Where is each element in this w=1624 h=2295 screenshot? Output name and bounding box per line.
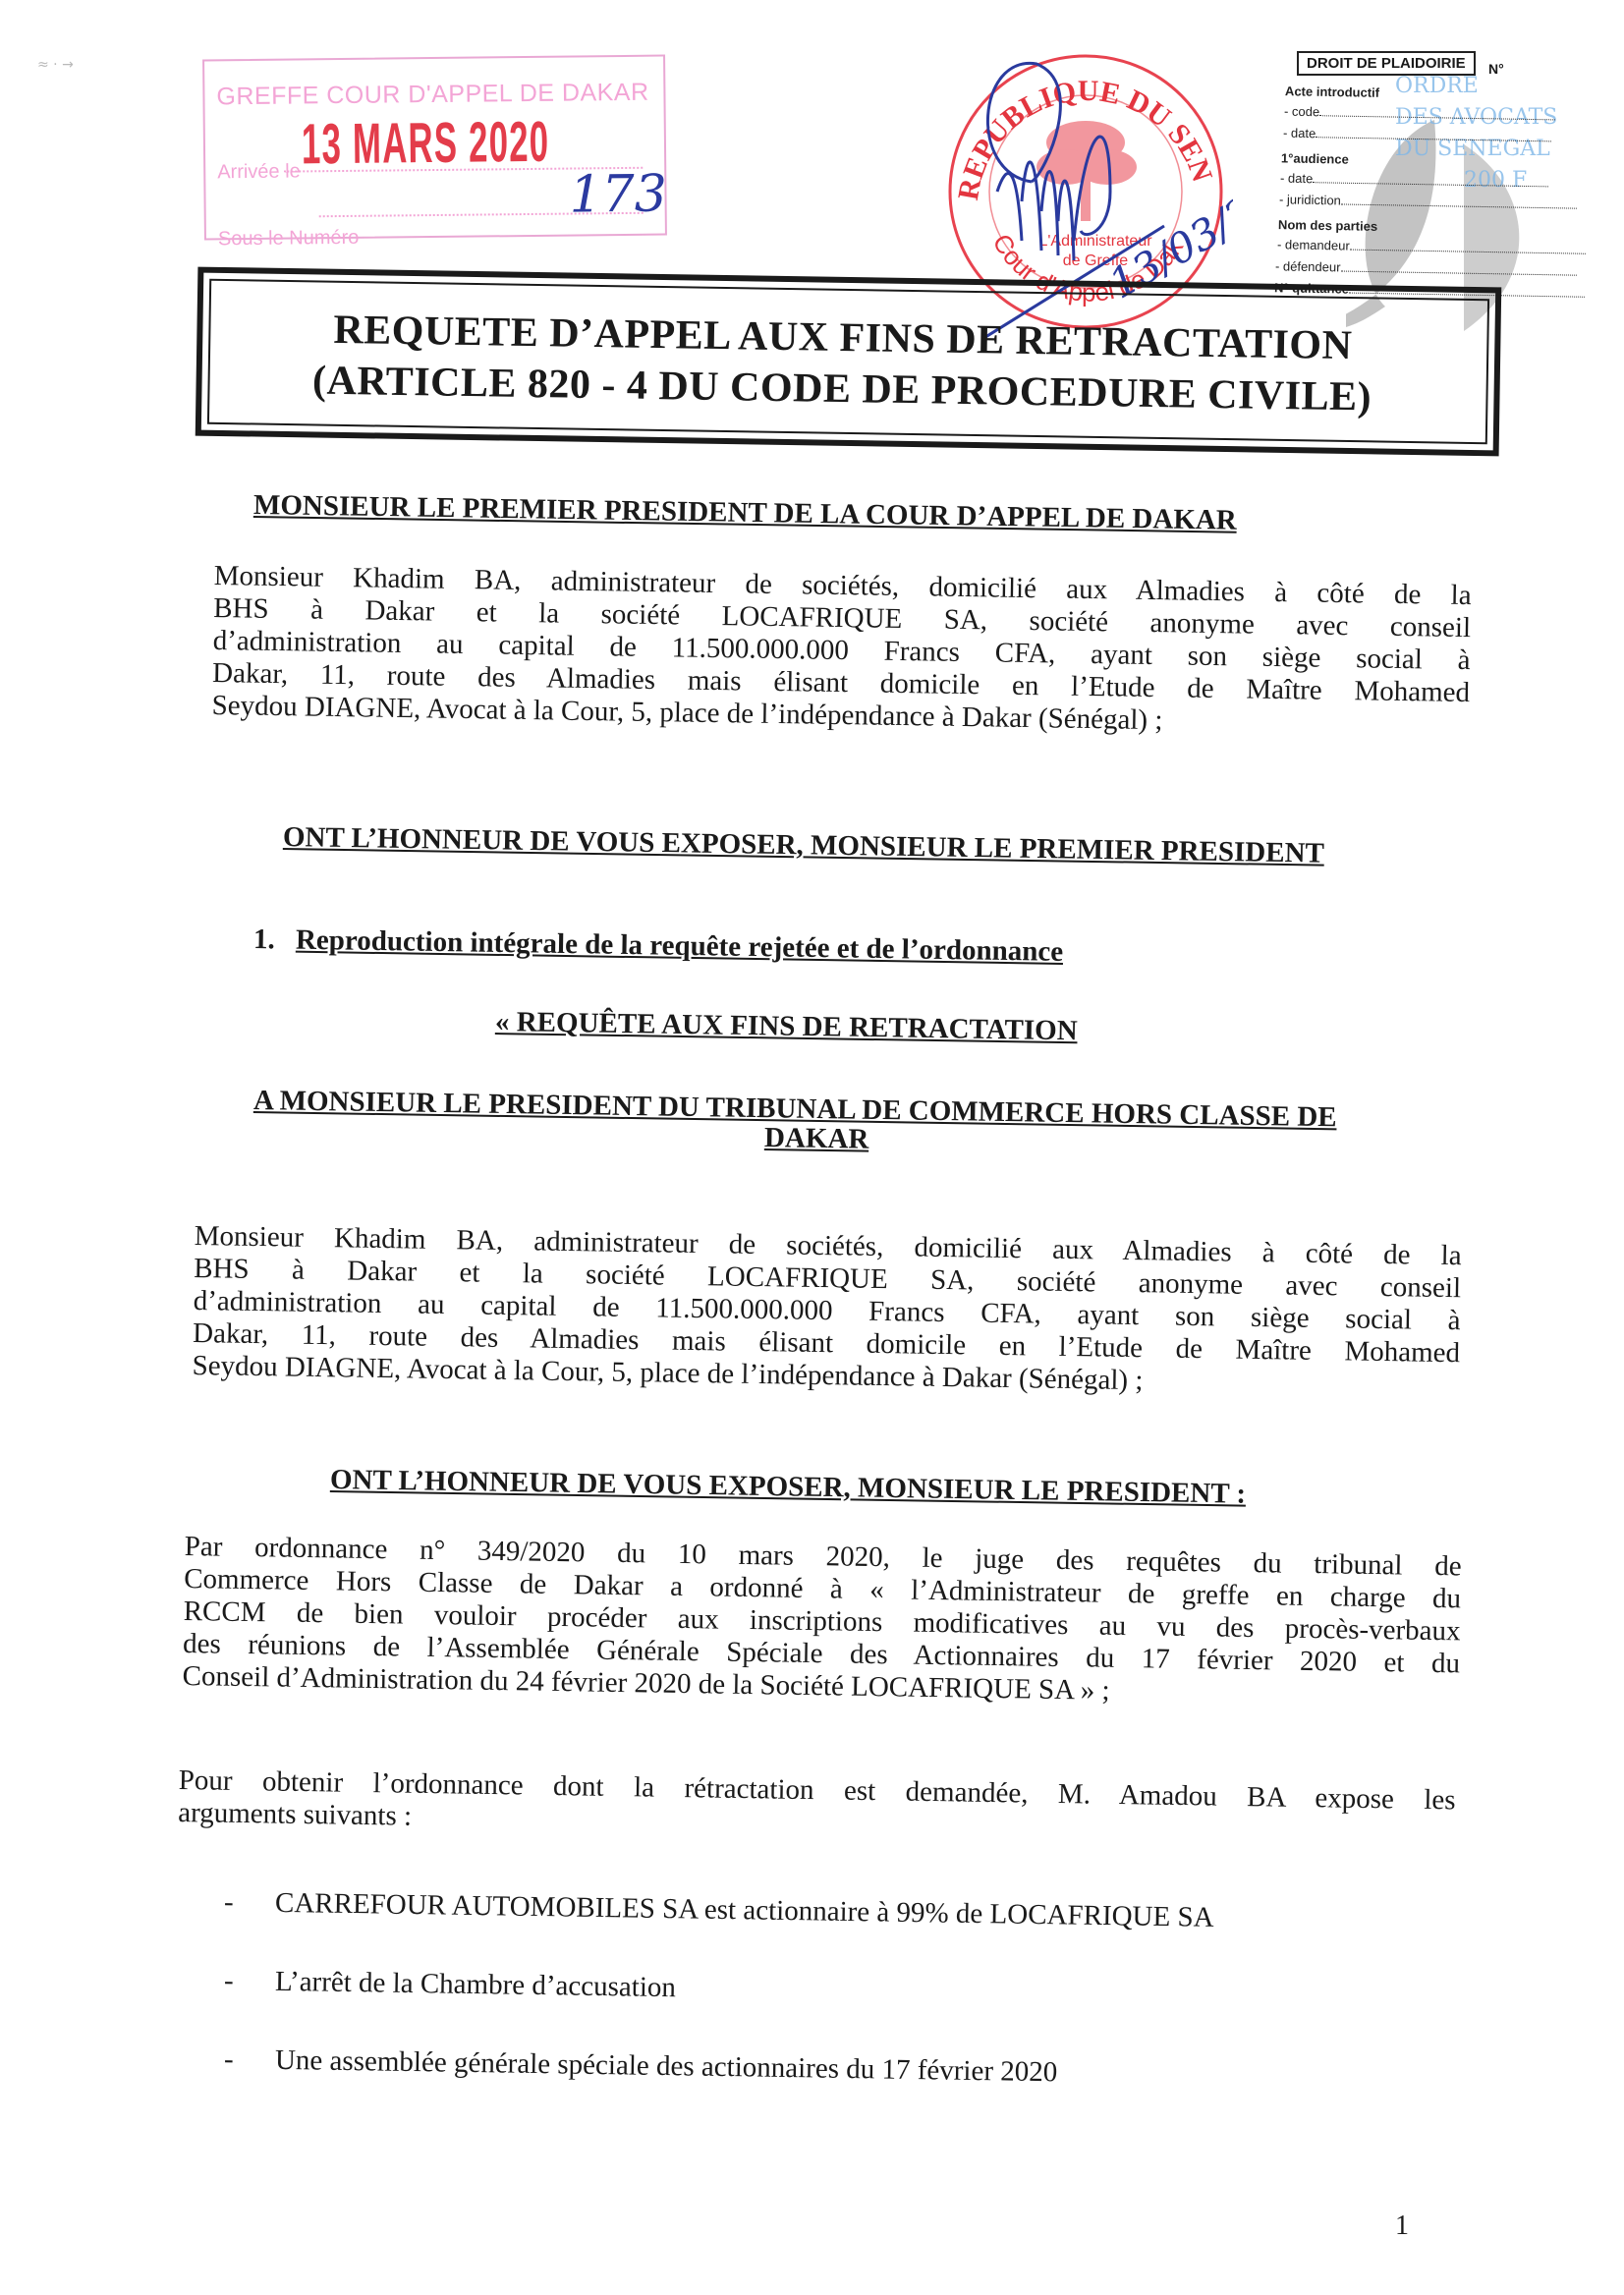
plaidoirie-field: 1°audience [1281, 150, 1349, 166]
stamp-arrival-date: 13 MARS 2020 [302, 109, 550, 178]
margin-scribble: ≈ · → [37, 57, 74, 73]
section-title: Reproduction intégrale de la requête rej… [296, 924, 1064, 968]
page-number: 1 [1395, 2211, 1409, 2242]
honneur-heading-1: ONT L’HONNEUR DE VOUS EXPOSER, MONSIEUR … [283, 821, 1324, 870]
arguments-intro: Pour obtenir l’ordonnance dont la rétrac… [178, 1764, 1456, 1849]
greffe-reception-stamp: GREFFE COUR D'APPEL DE DAKAR 13 MARS 202… [202, 55, 667, 241]
stamp-title: GREFFE COUR D'APPEL DE DAKAR [216, 79, 648, 112]
document-page: ≈ · → GREFFE COUR D'APPEL DE DAKAR 13 MA… [0, 0, 1624, 2295]
plaidoirie-title: DROIT DE PLAIDOIRIE [1297, 51, 1476, 76]
plaidoirie-field: Acte introductif [1285, 84, 1379, 100]
stamp-handwritten-number: 173 [569, 165, 667, 225]
dotted-fill-line [1341, 203, 1577, 208]
document-title: REQUETE D’APPEL AUX FINS DE RETRACTATION… [196, 303, 1488, 425]
plaidoirie-field: Nom des parties [1278, 217, 1377, 234]
bullet-item: -L’arrêt de la Chambre d’accusation [224, 1965, 676, 2004]
dotted-fill-line [1319, 115, 1555, 120]
dotted-fill-line [1313, 182, 1548, 187]
ordonnance-paragraph: Par ordonnance n° 349/2020 du 10 mars 20… [182, 1531, 1461, 1712]
honneur-heading-2: ONT L’HONNEUR DE VOUS EXPOSER, MONSIEUR … [330, 1464, 1247, 1511]
parties-paragraph-1: Monsieur Khadim BA, administrateur de so… [211, 560, 1471, 742]
dotted-fill-line [1341, 270, 1577, 275]
addressee-heading: MONSIEUR LE PREMIER PRESIDENT DE LA COUR… [253, 489, 1237, 537]
plaidoirie-number-label: N° [1488, 61, 1504, 77]
section-number: 1. [253, 924, 275, 955]
bullet-item: -Une assemblée générale spéciale des act… [224, 2043, 1058, 2089]
bullet-item: -CARREFOUR AUTOMOBILES SA est actionnair… [224, 1886, 1214, 1934]
addressee-2-line2: DAKAR [764, 1122, 869, 1156]
stamp-number-label: Sous le Numéro [218, 227, 360, 252]
dotted-fill-line [1316, 137, 1551, 141]
parties-paragraph-2: Monsieur Khadim BA, administrateur de so… [192, 1220, 1461, 1402]
quoted-title: « REQUÊTE AUX FINS DE RETRACTATION [495, 1006, 1078, 1047]
dotted-fill-line [1349, 250, 1585, 254]
section-1-heading: 1. Reproduction intégrale de la requête … [253, 924, 1064, 969]
